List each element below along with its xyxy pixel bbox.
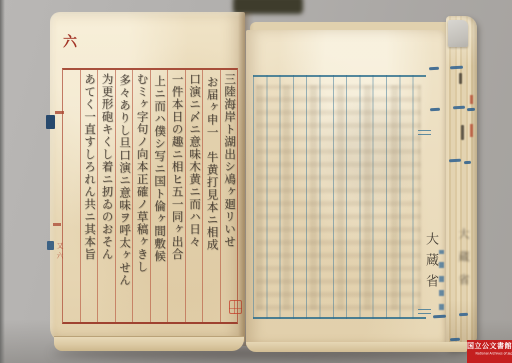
manuscript-column (63, 70, 80, 322)
archive-watermark: 国立公文書館 National Archives of Japan (467, 340, 512, 363)
index-tab (46, 115, 55, 129)
photo-background: 六 三陸海岸ト湖出シ鳰ヶ廻リいせ お届ヶ申一 牛黄打見本ニ相成 口演ニ〆ニ意味木… (0, 0, 512, 363)
blue-ink-marks (439, 250, 444, 310)
edge-mark-black (459, 73, 462, 84)
fold-mark (418, 309, 431, 314)
edge-mark-blue (449, 159, 461, 163)
left-page: 六 三陸海岸ト湖出シ鳰ヶ廻リいせ お届ヶ申一 牛黄打見本ニ相成 口演ニ〆ニ意味木… (50, 12, 245, 342)
edge-mark-blue (464, 161, 471, 164)
manuscript-column: 口演ニ〆ニ意味木黄ニ而ハ日々 (185, 70, 203, 322)
manuscript-column: 多々ありし旦口演ニ意味ヲ呼太ヶせん (115, 70, 133, 322)
page-number: 六 (59, 34, 79, 48)
archive-watermark-title: 国立公文書館 (467, 340, 512, 352)
page-edge-bottom (54, 336, 244, 351)
ink-bleedthrough (256, 85, 421, 310)
edge-mark-blue (453, 106, 465, 110)
edge-mark-blue (430, 108, 440, 112)
manuscript-column: むミヶ字句ノ向本正確ノ草稿ヶきし (132, 70, 150, 322)
right-page: 大蔵省 (246, 30, 446, 346)
manuscript-column: あてく一直すしろれん共ニ其本旨 (80, 70, 98, 322)
margin-label: 大蔵省 (421, 232, 440, 295)
edge-mark-red (470, 95, 473, 104)
fold-mark (418, 130, 431, 135)
edge-mark-blue (429, 67, 439, 71)
manuscript-column: 上ニ而ハ僕シ写ニ国ト倫ヶ間敷候 (150, 70, 168, 322)
edge-mark-blue (467, 108, 475, 111)
edge-mark-red (470, 124, 473, 137)
edge-label: 大蔵省 (455, 228, 471, 297)
red-edge-mark (55, 111, 64, 114)
edge-mark-blue (459, 313, 468, 316)
red-edge-mark (53, 223, 61, 226)
manuscript-frame: 三陸海岸ト湖出シ鳰ヶ廻リいせ お届ヶ申一 牛黄打見本ニ相成 口演ニ〆ニ意味木黄ニ… (62, 68, 238, 324)
edge-mark-black (461, 125, 464, 140)
margin-note-red: 又六 (55, 242, 65, 262)
manuscript-column: 一件本日の趣ニ相ヒ五一同ヶ出合 (167, 70, 185, 322)
archive-watermark-subtitle: National Archives of Japan (476, 352, 504, 356)
manuscript-column: 三陸海岸ト湖出シ鳰ヶ廻リいせ (220, 70, 238, 322)
background-edge-shadow (0, 0, 5, 363)
page-edge-bottom (246, 342, 470, 352)
index-tab (47, 241, 54, 250)
folded-corner (448, 20, 468, 47)
manuscript-column: お届ヶ申一 牛黄打見本ニ相成 (202, 70, 220, 322)
manuscript-column: 为更形砲キくし着ニ扨ゐのおそん (97, 70, 115, 322)
edge-mark-blue (450, 338, 460, 342)
